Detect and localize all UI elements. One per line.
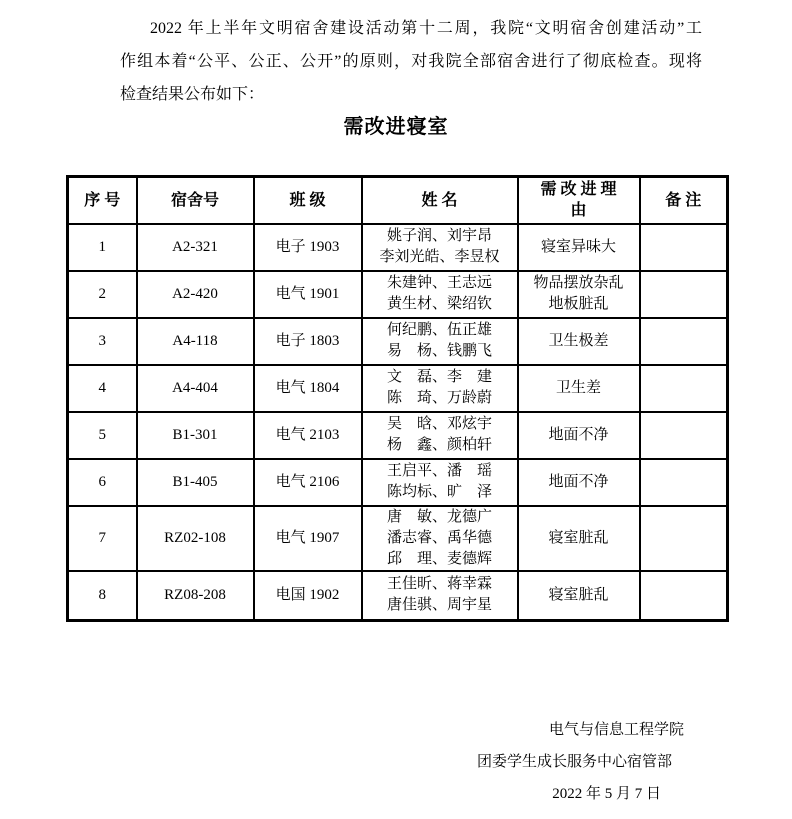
cell-class: 电国 1902 — [254, 571, 362, 621]
table-row: 8 RZ08-208 电国 1902 王佳昕、蒋幸霖唐佳骐、周宇星 寝室脏乱 — [68, 571, 728, 621]
cell-reason: 卫生极差 — [518, 318, 640, 365]
page-title: 需改进寝室 — [0, 110, 792, 139]
cell-remark — [640, 506, 728, 571]
cell-names: 唐 敏、龙德广潘志睿、禹华德邱 理、麦德辉 — [362, 506, 518, 571]
intro-paragraph: 2022 年上半年文明宿舍建设活动第十二周，我院“文明宿舍创建活动”工 作组本着… — [120, 12, 702, 111]
cell-reason: 物品摆放杂乱地板脏乱 — [518, 271, 640, 318]
document-page: 2022 年上半年文明宿舍建设活动第十二周，我院“文明宿舍创建活动”工 作组本着… — [0, 0, 792, 819]
intro-line: 2022 年上半年文明宿舍建设活动第十二周，我院“文明宿舍创建活动”工 — [120, 12, 702, 45]
cell-serial: 8 — [68, 571, 137, 621]
cell-class: 电气 1804 — [254, 365, 362, 412]
table-row: 2 A2-420 电气 1901 朱建钟、王志远黄生材、梁绍钦 物品摆放杂乱地板… — [68, 271, 728, 318]
cell-dorm: A2-321 — [137, 224, 254, 271]
table-row: 3 A4-118 电子 1803 何纪鹏、伍正雄易 杨、钱鹏飞 卫生极差 — [68, 318, 728, 365]
cell-serial: 6 — [68, 459, 137, 506]
cell-remark — [640, 571, 728, 621]
table-row: 7 RZ02-108 电气 1907 唐 敏、龙德广潘志睿、禹华德邱 理、麦德辉… — [68, 506, 728, 571]
header-dorm: 宿舍号 — [137, 177, 254, 224]
table-row: 5 B1-301 电气 2103 吴 晗、邓炫宇杨 鑫、颜柏轩 地面不净 — [68, 412, 728, 459]
cell-class: 电气 1901 — [254, 271, 362, 318]
cell-dorm: A2-420 — [137, 271, 254, 318]
signature-block: 电气与信息工程学院 团委学生成长服务中心宿管部 2022 年 5 月 7 日 — [0, 714, 792, 810]
cell-dorm: B1-301 — [137, 412, 254, 459]
header-remark: 备 注 — [640, 177, 728, 224]
cell-serial: 1 — [68, 224, 137, 271]
cell-reason: 地面不净 — [518, 459, 640, 506]
intro-line: 作组本着“公平、公正、公开”的原则，对我院全部宿舍进行了彻底检查。现将 — [120, 45, 702, 78]
cell-reason: 地面不净 — [518, 412, 640, 459]
cell-serial: 3 — [68, 318, 137, 365]
header-names: 姓 名 — [362, 177, 518, 224]
cell-remark — [640, 318, 728, 365]
cell-names: 何纪鹏、伍正雄易 杨、钱鹏飞 — [362, 318, 518, 365]
cell-class: 电气 2106 — [254, 459, 362, 506]
cell-class: 电子 1903 — [254, 224, 362, 271]
inspection-table: 序 号 宿舍号 班 级 姓 名 需 改 进 理由 备 注 1 A2-321 电子… — [66, 175, 729, 622]
cell-dorm: A4-118 — [137, 318, 254, 365]
cell-remark — [640, 365, 728, 412]
cell-serial: 5 — [68, 412, 137, 459]
cell-class: 电气 1907 — [254, 506, 362, 571]
cell-class: 电气 2103 — [254, 412, 362, 459]
header-serial: 序 号 — [68, 177, 137, 224]
cell-serial: 2 — [68, 271, 137, 318]
cell-reason: 卫生差 — [518, 365, 640, 412]
cell-remark — [640, 459, 728, 506]
signature-college: 电气与信息工程学院 — [0, 714, 792, 746]
header-reason: 需 改 进 理由 — [518, 177, 640, 224]
cell-names: 王佳昕、蒋幸霖唐佳骐、周宇星 — [362, 571, 518, 621]
cell-names: 吴 晗、邓炫宇杨 鑫、颜柏轩 — [362, 412, 518, 459]
cell-class: 电子 1803 — [254, 318, 362, 365]
cell-remark — [640, 224, 728, 271]
cell-remark — [640, 412, 728, 459]
cell-names: 文 磊、李 建陈 琦、万龄蔚 — [362, 365, 518, 412]
intro-line: 检查结果公布如下： — [120, 78, 702, 111]
cell-names: 朱建钟、王志远黄生材、梁绍钦 — [362, 271, 518, 318]
signature-department: 团委学生成长服务中心宿管部 — [0, 746, 792, 778]
cell-dorm: RZ02-108 — [137, 506, 254, 571]
cell-names: 王启平、潘 瑶陈均标、旷 泽 — [362, 459, 518, 506]
cell-reason: 寝室脏乱 — [518, 571, 640, 621]
header-class: 班 级 — [254, 177, 362, 224]
cell-reason: 寝室异味大 — [518, 224, 640, 271]
table-row: 6 B1-405 电气 2106 王启平、潘 瑶陈均标、旷 泽 地面不净 — [68, 459, 728, 506]
cell-dorm: A4-404 — [137, 365, 254, 412]
cell-serial: 7 — [68, 506, 137, 571]
cell-names: 姚子润、刘宇昂李刘光皓、李昱权 — [362, 224, 518, 271]
signature-date: 2022 年 5 月 7 日 — [0, 778, 792, 810]
table-row: 4 A4-404 电气 1804 文 磊、李 建陈 琦、万龄蔚 卫生差 — [68, 365, 728, 412]
cell-remark — [640, 271, 728, 318]
table-header-row: 序 号 宿舍号 班 级 姓 名 需 改 进 理由 备 注 — [68, 177, 728, 224]
cell-serial: 4 — [68, 365, 137, 412]
cell-dorm: RZ08-208 — [137, 571, 254, 621]
table-row: 1 A2-321 电子 1903 姚子润、刘宇昂李刘光皓、李昱权 寝室异味大 — [68, 224, 728, 271]
cell-reason: 寝室脏乱 — [518, 506, 640, 571]
cell-dorm: B1-405 — [137, 459, 254, 506]
